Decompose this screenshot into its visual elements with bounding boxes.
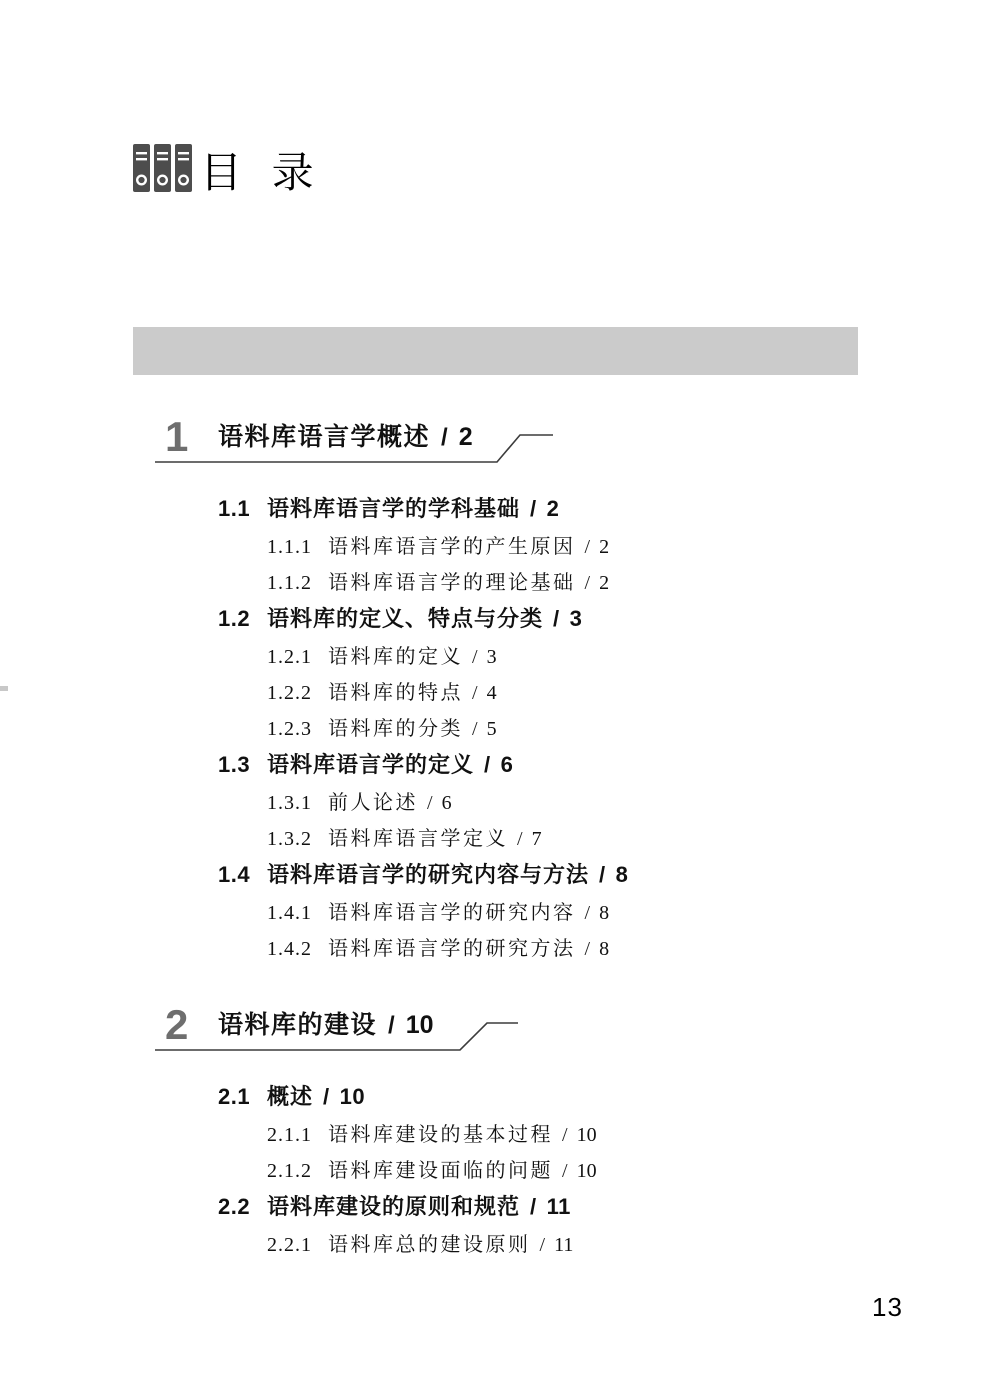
subsection-title: 语料库语言学的研究方法 <box>328 932 576 961</box>
separator: / <box>599 862 606 888</box>
decorative-band <box>133 327 858 375</box>
subsection-entry: 2.1.2语料库建设面临的问题/10 <box>218 1154 999 1190</box>
subsection-title: 语料库的特点 <box>328 676 463 705</box>
section-page: 10 <box>340 1084 365 1110</box>
separator: / <box>585 536 591 559</box>
section-title: 语料库建设的原则和规范 <box>267 1190 520 1221</box>
toc-header: 目 录 <box>133 144 316 192</box>
subsection-title: 语料库的定义 <box>328 640 463 669</box>
subsection-number: 1.2.1 <box>267 646 312 669</box>
section-title: 语料库的定义、特点与分类 <box>267 602 543 633</box>
subsection-page: 8 <box>599 902 609 925</box>
chapter-block: 2语料库的建设/10 2.1概述/10 2.1.1语料库建设的基本过程/10 2… <box>0 1002 999 1264</box>
section-page: 8 <box>616 862 629 888</box>
subsection-title: 语料库总的建设原则 <box>328 1228 531 1257</box>
subsection-title: 语料库语言学的产生原因 <box>328 530 576 559</box>
separator: / <box>585 938 591 961</box>
subsection-title: 语料库建设面临的问题 <box>328 1154 553 1183</box>
section-list: 1.1语料库语言学的学科基础/2 1.1.1语料库语言学的产生原因/2 1.1.… <box>0 464 999 968</box>
chapter-heading: 1语料库语言学概述/2 <box>0 414 999 464</box>
binder-icon <box>175 144 192 192</box>
separator: / <box>484 752 491 778</box>
subsection-entry: 1.3.2语料库语言学定义/7 <box>218 822 999 858</box>
section-entry: 2.2语料库建设的原则和规范/11 <box>218 1190 999 1228</box>
section-entry: 1.1语料库语言学的学科基础/2 <box>218 492 999 530</box>
subsection-page: 5 <box>487 718 497 741</box>
separator: / <box>517 828 523 851</box>
section-number: 2.2 <box>218 1194 267 1220</box>
subsection-page: 7 <box>532 828 542 851</box>
subsection-entry: 2.1.1语料库建设的基本过程/10 <box>218 1118 999 1154</box>
subsection-number: 1.3.1 <box>267 792 312 815</box>
section-title: 语料库语言学的学科基础 <box>267 492 520 523</box>
separator: / <box>585 902 591 925</box>
subsection-entry: 1.4.1语料库语言学的研究内容/8 <box>218 896 999 932</box>
subsection-number: 1.2.2 <box>267 682 312 705</box>
section-title: 语料库语言学的研究内容与方法 <box>267 858 589 889</box>
subsection-entry: 1.4.2语料库语言学的研究方法/8 <box>218 932 999 968</box>
section-number: 2.1 <box>218 1084 267 1110</box>
binder-icon <box>154 144 171 192</box>
section-entry: 1.4语料库语言学的研究内容与方法/8 <box>218 858 999 896</box>
subsection-number: 1.1.2 <box>267 572 312 595</box>
separator: / <box>562 1124 568 1147</box>
subsection-entry: 1.1.1语料库语言学的产生原因/2 <box>218 530 999 566</box>
scan-artifact <box>0 686 8 691</box>
subsection-number: 1.3.2 <box>267 828 312 851</box>
subsection-entry: 1.1.2语料库语言学的理论基础/2 <box>218 566 999 602</box>
subsection-title: 语料库语言学的研究内容 <box>328 896 576 925</box>
section-title: 概述 <box>267 1080 313 1111</box>
folio-page-number: 13 <box>872 1292 903 1323</box>
section-entry: 1.3语料库语言学的定义/6 <box>218 748 999 786</box>
subsection-title: 语料库语言学的理论基础 <box>328 566 576 595</box>
separator: / <box>540 1234 546 1257</box>
subsection-number: 1.2.3 <box>267 718 312 741</box>
section-number: 1.4 <box>218 862 267 888</box>
subsection-page: 2 <box>599 536 609 559</box>
separator: / <box>427 792 433 815</box>
subsection-page: 6 <box>442 792 452 815</box>
separator: / <box>472 682 478 705</box>
subsection-page: 11 <box>554 1234 573 1257</box>
separator: / <box>472 646 478 669</box>
separator: / <box>323 1084 330 1110</box>
subsection-number: 1.1.1 <box>267 536 312 559</box>
subsection-entry: 1.3.1前人论述/6 <box>218 786 999 822</box>
binder-icon <box>133 144 150 192</box>
subsection-number: 2.2.1 <box>267 1234 312 1257</box>
heading-rule-icon <box>155 1018 555 1052</box>
subsection-title: 语料库语言学定义 <box>328 822 508 851</box>
separator: / <box>530 496 537 522</box>
section-number: 1.1 <box>218 496 267 522</box>
subsection-number: 2.1.2 <box>267 1160 312 1183</box>
separator: / <box>472 718 478 741</box>
section-page: 11 <box>547 1194 571 1220</box>
subsection-number: 1.4.1 <box>267 902 312 925</box>
chapter-block: 1语料库语言学概述/2 1.1语料库语言学的学科基础/2 1.1.1语料库语言学… <box>0 414 999 968</box>
section-number: 1.2 <box>218 606 267 632</box>
subsection-entry: 1.2.3语料库的分类/5 <box>218 712 999 748</box>
section-page: 2 <box>547 496 560 522</box>
subsection-entry: 2.2.1语料库总的建设原则/11 <box>218 1228 999 1264</box>
section-list: 2.1概述/10 2.1.1语料库建设的基本过程/10 2.1.2语料库建设面临… <box>0 1052 999 1264</box>
separator: / <box>585 572 591 595</box>
subsection-entry: 1.2.2语料库的特点/4 <box>218 676 999 712</box>
chapter-heading: 2语料库的建设/10 <box>0 1002 999 1052</box>
subsection-page: 3 <box>487 646 497 669</box>
heading-rule-icon <box>155 430 555 464</box>
subsection-title: 语料库建设的基本过程 <box>328 1118 553 1147</box>
subsection-number: 2.1.1 <box>267 1124 312 1147</box>
subsection-page: 10 <box>577 1124 597 1147</box>
subsection-page: 10 <box>577 1160 597 1183</box>
book-page: 目 录 1语料库语言学概述/2 1.1语料库语言学的学科基础/2 1.1.1语料… <box>0 0 999 1378</box>
page-title: 目 录 <box>200 152 316 194</box>
separator: / <box>562 1160 568 1183</box>
subsection-page: 2 <box>599 572 609 595</box>
separator: / <box>553 606 560 632</box>
separator: / <box>530 1194 537 1220</box>
binders-icon <box>133 144 192 192</box>
subsection-page: 4 <box>487 682 497 705</box>
subsection-title: 前人论述 <box>328 786 418 815</box>
section-title: 语料库语言学的定义 <box>267 748 474 779</box>
subsection-number: 1.4.2 <box>267 938 312 961</box>
section-page: 6 <box>501 752 514 778</box>
subsection-page: 8 <box>599 938 609 961</box>
subsection-entry: 1.2.1语料库的定义/3 <box>218 640 999 676</box>
section-page: 3 <box>570 606 583 632</box>
subsection-title: 语料库的分类 <box>328 712 463 741</box>
section-number: 1.3 <box>218 752 267 778</box>
section-entry: 2.1概述/10 <box>218 1080 999 1118</box>
section-entry: 1.2语料库的定义、特点与分类/3 <box>218 602 999 640</box>
